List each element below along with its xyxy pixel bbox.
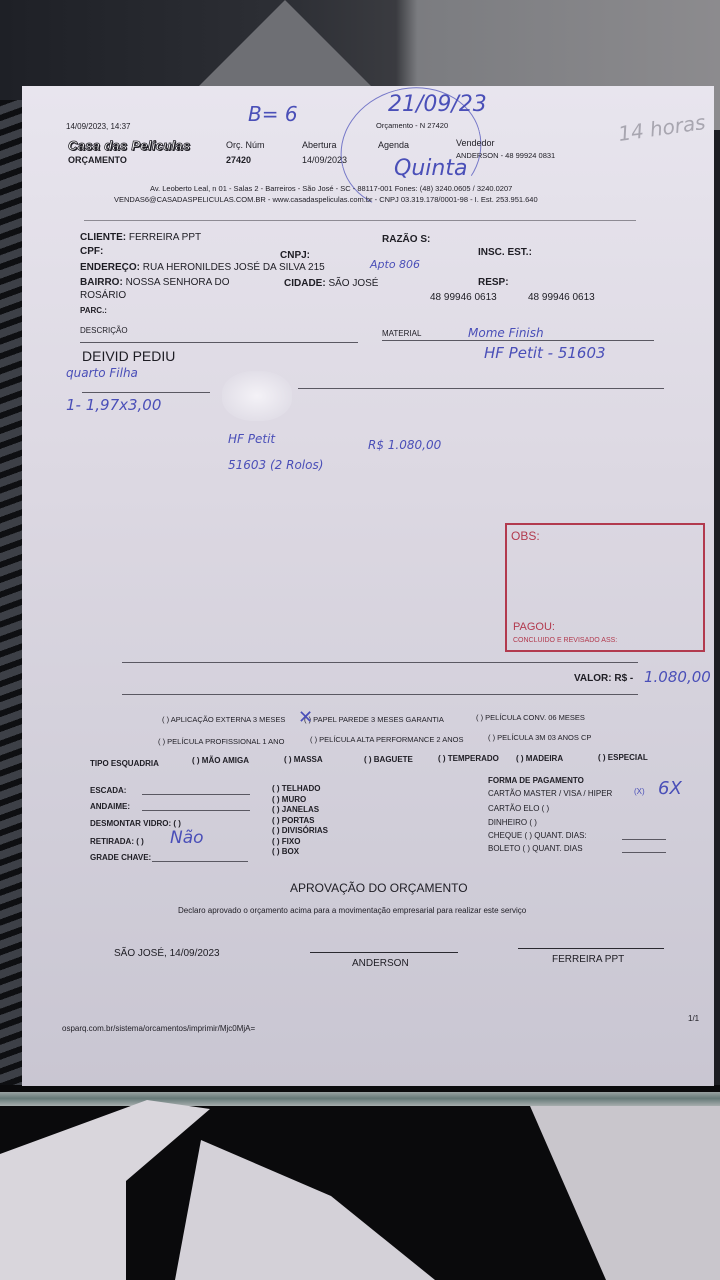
- andaime-label: ANDAIME:: [90, 802, 130, 811]
- warranty-option[interactable]: ( ) APLICAÇÃO EXTERNA 3 MESES: [162, 715, 285, 724]
- orcamento-number: Orçamento - N 27420: [376, 121, 448, 130]
- orc-num: 27420: [226, 155, 251, 165]
- hand-date: 21/09/23: [388, 92, 487, 117]
- bairro: NOSSA SENHORA DO: [126, 277, 230, 288]
- esquadria-option[interactable]: ( ) MADEIRA: [516, 754, 563, 763]
- payment-elo[interactable]: CARTÃO ELO ( ): [488, 804, 549, 813]
- doc-type: ORÇAMENTO: [68, 155, 127, 165]
- cpf-label: CPF:: [80, 246, 103, 257]
- contact-line: VENDAS6@CASADASPELICULAS.COM.BR - www.ca…: [114, 195, 538, 204]
- hand-note-b: B= 6: [248, 102, 298, 126]
- hand-apto: Apto 806: [370, 258, 420, 271]
- payment-dinheiro[interactable]: DINHEIRO ( ): [488, 818, 537, 827]
- payment-title: FORMA DE PAGAMENTO: [488, 776, 584, 785]
- background-railing: [0, 100, 24, 1100]
- insc-est-label: INSC. EST.:: [478, 247, 532, 258]
- grade-chave-line[interactable]: [152, 861, 248, 862]
- print-timestamp: 14/09/2023, 14:37: [66, 122, 131, 131]
- location-option[interactable]: ( ) JANELAS: [272, 805, 319, 814]
- hand-material-1: Mome Finish: [468, 326, 544, 340]
- glass-table-edge: [0, 1092, 720, 1106]
- paper-stain: [222, 371, 292, 421]
- payment-cheque[interactable]: CHEQUE ( ) QUANT. DIAS:: [488, 831, 587, 840]
- andaime-line[interactable]: [142, 810, 250, 811]
- location-option[interactable]: ( ) MURO: [272, 795, 306, 804]
- signature-line-seller[interactable]: [310, 952, 458, 953]
- razao-label: RAZÃO S:: [382, 234, 430, 245]
- warranty-option[interactable]: ( ) PELÍCULA PROFISSIONAL 1 ANO: [158, 737, 284, 746]
- bairro-cont: ROSÁRIO: [80, 290, 126, 301]
- hand-price: R$ 1.080,00: [368, 438, 441, 452]
- location-option[interactable]: ( ) BOX: [272, 847, 299, 856]
- esquadria-option[interactable]: ( ) BAGUETE: [364, 755, 413, 764]
- cliente-label: CLIENTE:: [80, 232, 126, 243]
- vendedor-label: Vendedor: [456, 138, 495, 148]
- address-line: Av. Leoberto Leal, n 01 - Salas 2 - Barr…: [150, 184, 512, 193]
- material-label: MATERIAL: [382, 329, 421, 338]
- hand-product-1: HF Petit: [228, 432, 275, 446]
- orc-num-label: Orç. Núm: [226, 140, 265, 150]
- signature-line-client[interactable]: [518, 948, 664, 949]
- divider: [84, 220, 636, 221]
- phone-2: 48 99946 0613: [528, 292, 595, 303]
- vendedor: ANDERSON - 48 99924 0831: [456, 151, 555, 160]
- esquadria-option[interactable]: ( ) TEMPERADO: [438, 754, 499, 763]
- divider: [298, 388, 664, 389]
- hand-retirada: Não: [170, 828, 204, 848]
- payment-master-checked[interactable]: (X): [634, 787, 645, 796]
- location-option[interactable]: ( ) DIVISÓRIAS: [272, 826, 328, 835]
- endereco-label: ENDEREÇO:: [80, 262, 140, 273]
- abertura-date: 14/09/2023: [302, 155, 347, 165]
- cliente-name: FERREIRA PPT: [129, 232, 201, 243]
- payment-boleto[interactable]: BOLETO ( ) QUANT. DIAS: [488, 844, 583, 853]
- esquadria-label: TIPO ESQUADRIA: [90, 759, 159, 768]
- footer-url: osparq.com.br/sistema/orcamentos/imprimi…: [62, 1024, 255, 1033]
- checked-x-icon: ✕: [298, 707, 313, 728]
- concluido-label: CONCLUIDO E REVISADO ASS:: [513, 637, 617, 644]
- page-number: 1/1: [688, 1014, 699, 1023]
- escada-line[interactable]: [142, 794, 250, 795]
- hand-installments: 6X: [658, 778, 682, 799]
- divider: [122, 662, 638, 663]
- esquadria-option[interactable]: ( ) MÃO AMIGA: [192, 756, 249, 765]
- valor-label: VALOR: R$ -: [574, 673, 633, 684]
- location-option[interactable]: ( ) PORTAS: [272, 816, 315, 825]
- warranty-option[interactable]: ( ) PELÍCULA ALTA PERFORMANCE 2 ANOS: [310, 735, 464, 744]
- retirada[interactable]: RETIRADA: ( ): [90, 837, 144, 846]
- boleto-days-line[interactable]: [622, 852, 666, 853]
- hand-dimensions: 1- 1,97x3,00: [66, 396, 161, 414]
- warranty-option[interactable]: ( ) PELÍCULA CONV. 06 MESES: [476, 713, 585, 722]
- phone-1: 48 99946 0613: [430, 292, 497, 303]
- descricao: DEIVID PEDIU: [82, 348, 175, 364]
- obs-label: OBS:: [511, 529, 540, 543]
- bairro-label: BAIRRO:: [80, 277, 123, 288]
- warranty-option[interactable]: ( ) PAPEL PAREDE 3 MESES GARANTIA: [304, 715, 444, 724]
- desmontar-vidro[interactable]: DESMONTAR VIDRO: ( ): [90, 819, 181, 828]
- hand-material-2: HF Petit - 51603: [484, 344, 606, 362]
- hand-agenda-day: Quinta: [394, 156, 467, 181]
- quote-document: 14/09/2023, 14:37 Casa das Peliculas ORÇ…: [22, 86, 714, 1086]
- location-option[interactable]: ( ) TELHADO: [272, 784, 320, 793]
- location-option[interactable]: ( ) FIXO: [272, 837, 300, 846]
- divider: [82, 392, 210, 393]
- payment-master: CARTÃO MASTER / VISA / HIPER: [488, 789, 612, 798]
- warranty-option[interactable]: ( ) PELÍCULA 3M 03 ANOS CP: [488, 733, 591, 742]
- company-logo: Casa das Peliculas: [68, 138, 190, 153]
- grade-chave-label: GRADE CHAVE:: [90, 853, 151, 862]
- divider: [80, 342, 358, 343]
- agenda-label: Agenda: [378, 140, 409, 150]
- hand-product-2: 51603 (2 Rolos): [228, 458, 323, 472]
- parc-label: PARC.:: [80, 306, 107, 315]
- escada-label: ESCADA:: [90, 786, 126, 795]
- pagou-label: PAGOU:: [513, 621, 555, 633]
- descricao-label: DESCRIÇÃO: [80, 326, 128, 335]
- esquadria-option[interactable]: ( ) ESPECIAL: [598, 753, 648, 762]
- hand-valor: 1.080,00: [644, 668, 711, 686]
- abertura-label: Abertura: [302, 140, 337, 150]
- cnpj-label: CNPJ:: [280, 250, 310, 261]
- approval-place-date: SÃO JOSÉ, 14/09/2023: [114, 948, 220, 959]
- cidade: SÃO JOSÉ: [328, 278, 378, 289]
- divider: [122, 694, 638, 695]
- esquadria-option[interactable]: ( ) MASSA: [284, 755, 323, 764]
- resp-label: RESP:: [478, 277, 509, 288]
- signer-seller: ANDERSON: [352, 958, 409, 969]
- signer-client: FERREIRA PPT: [552, 954, 624, 965]
- obs-box: OBS: PAGOU: CONCLUIDO E REVISADO ASS:: [505, 523, 705, 652]
- divider: [382, 340, 654, 341]
- cheque-days-line[interactable]: [622, 839, 666, 840]
- hand-room: quarto Filha: [66, 366, 138, 380]
- endereco: RUA HERONILDES JOSÉ DA SILVA 215: [143, 262, 325, 273]
- hand-hours: 14 horas: [617, 110, 707, 146]
- approval-title: APROVAÇÃO DO ORÇAMENTO: [290, 881, 468, 895]
- cidade-label: CIDADE:: [284, 278, 326, 289]
- approval-declaration: Declaro aprovado o orçamento acima para …: [178, 906, 526, 915]
